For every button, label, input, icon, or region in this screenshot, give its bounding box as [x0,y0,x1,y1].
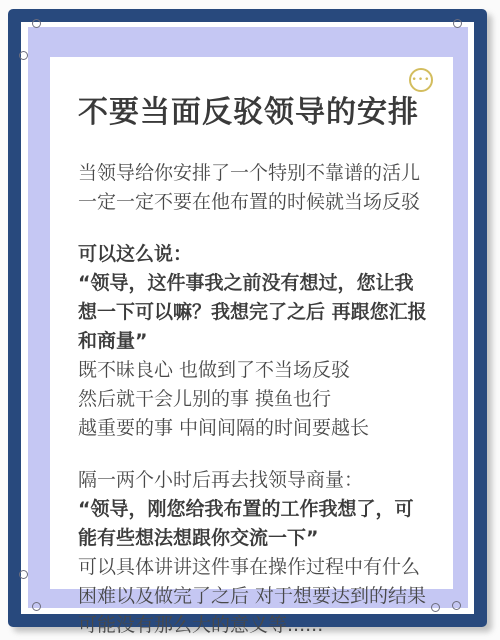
post-body: 不要当面反驳领导的安排 当领导给你安排了一个特别不靠谱的活儿 一定一定不要在他布… [50,57,453,640]
corner-dot-decoration [452,601,461,610]
intro-paragraph: 当领导给你安排了一个特别不靠谱的活儿 一定一定不要在他布置的时候就当场反驳 [78,159,429,217]
advice-label-1: 可以这么说： [78,240,429,269]
corner-dot-decoration [32,19,41,28]
content-card: ••• 不要当面反驳领导的安排 当领导给你安排了一个特别不靠谱的活儿 一定一定不… [50,57,453,589]
corner-dot-decoration [32,602,41,611]
advice-label-2: 隔一两个小时后再去找领导商量： [78,466,429,495]
ellipsis-badge-icon: ••• [409,68,433,92]
quote-paragraph-2: “领导，刚您给我布置的工作我想了，可能有些想法想跟你交流一下” [78,495,429,553]
quote-paragraph-1: “领导，这件事我之前没有想过，您让我想一下可以嘛？我想完了之后 再跟您汇报和商量… [78,269,429,356]
commentary-paragraph-1: 既不昧良心 也做到了不当场反驳 然后就干会儿别的事 摸鱼也行 越重要的事 中间间… [78,356,429,443]
commentary-paragraph-2: 可以具体讲讲这件事在操作过程中有什么困难以及做完了之后 对于想要达到的结果可能没… [78,553,429,640]
corner-dot-decoration [19,51,28,60]
corner-dot-decoration [19,570,28,579]
social-post-image: { "card": { "more_icon_glyph": "•••", "t… [0,0,500,640]
post-title: 不要当面反驳领导的安排 [78,93,429,132]
corner-dot-decoration [453,19,462,28]
